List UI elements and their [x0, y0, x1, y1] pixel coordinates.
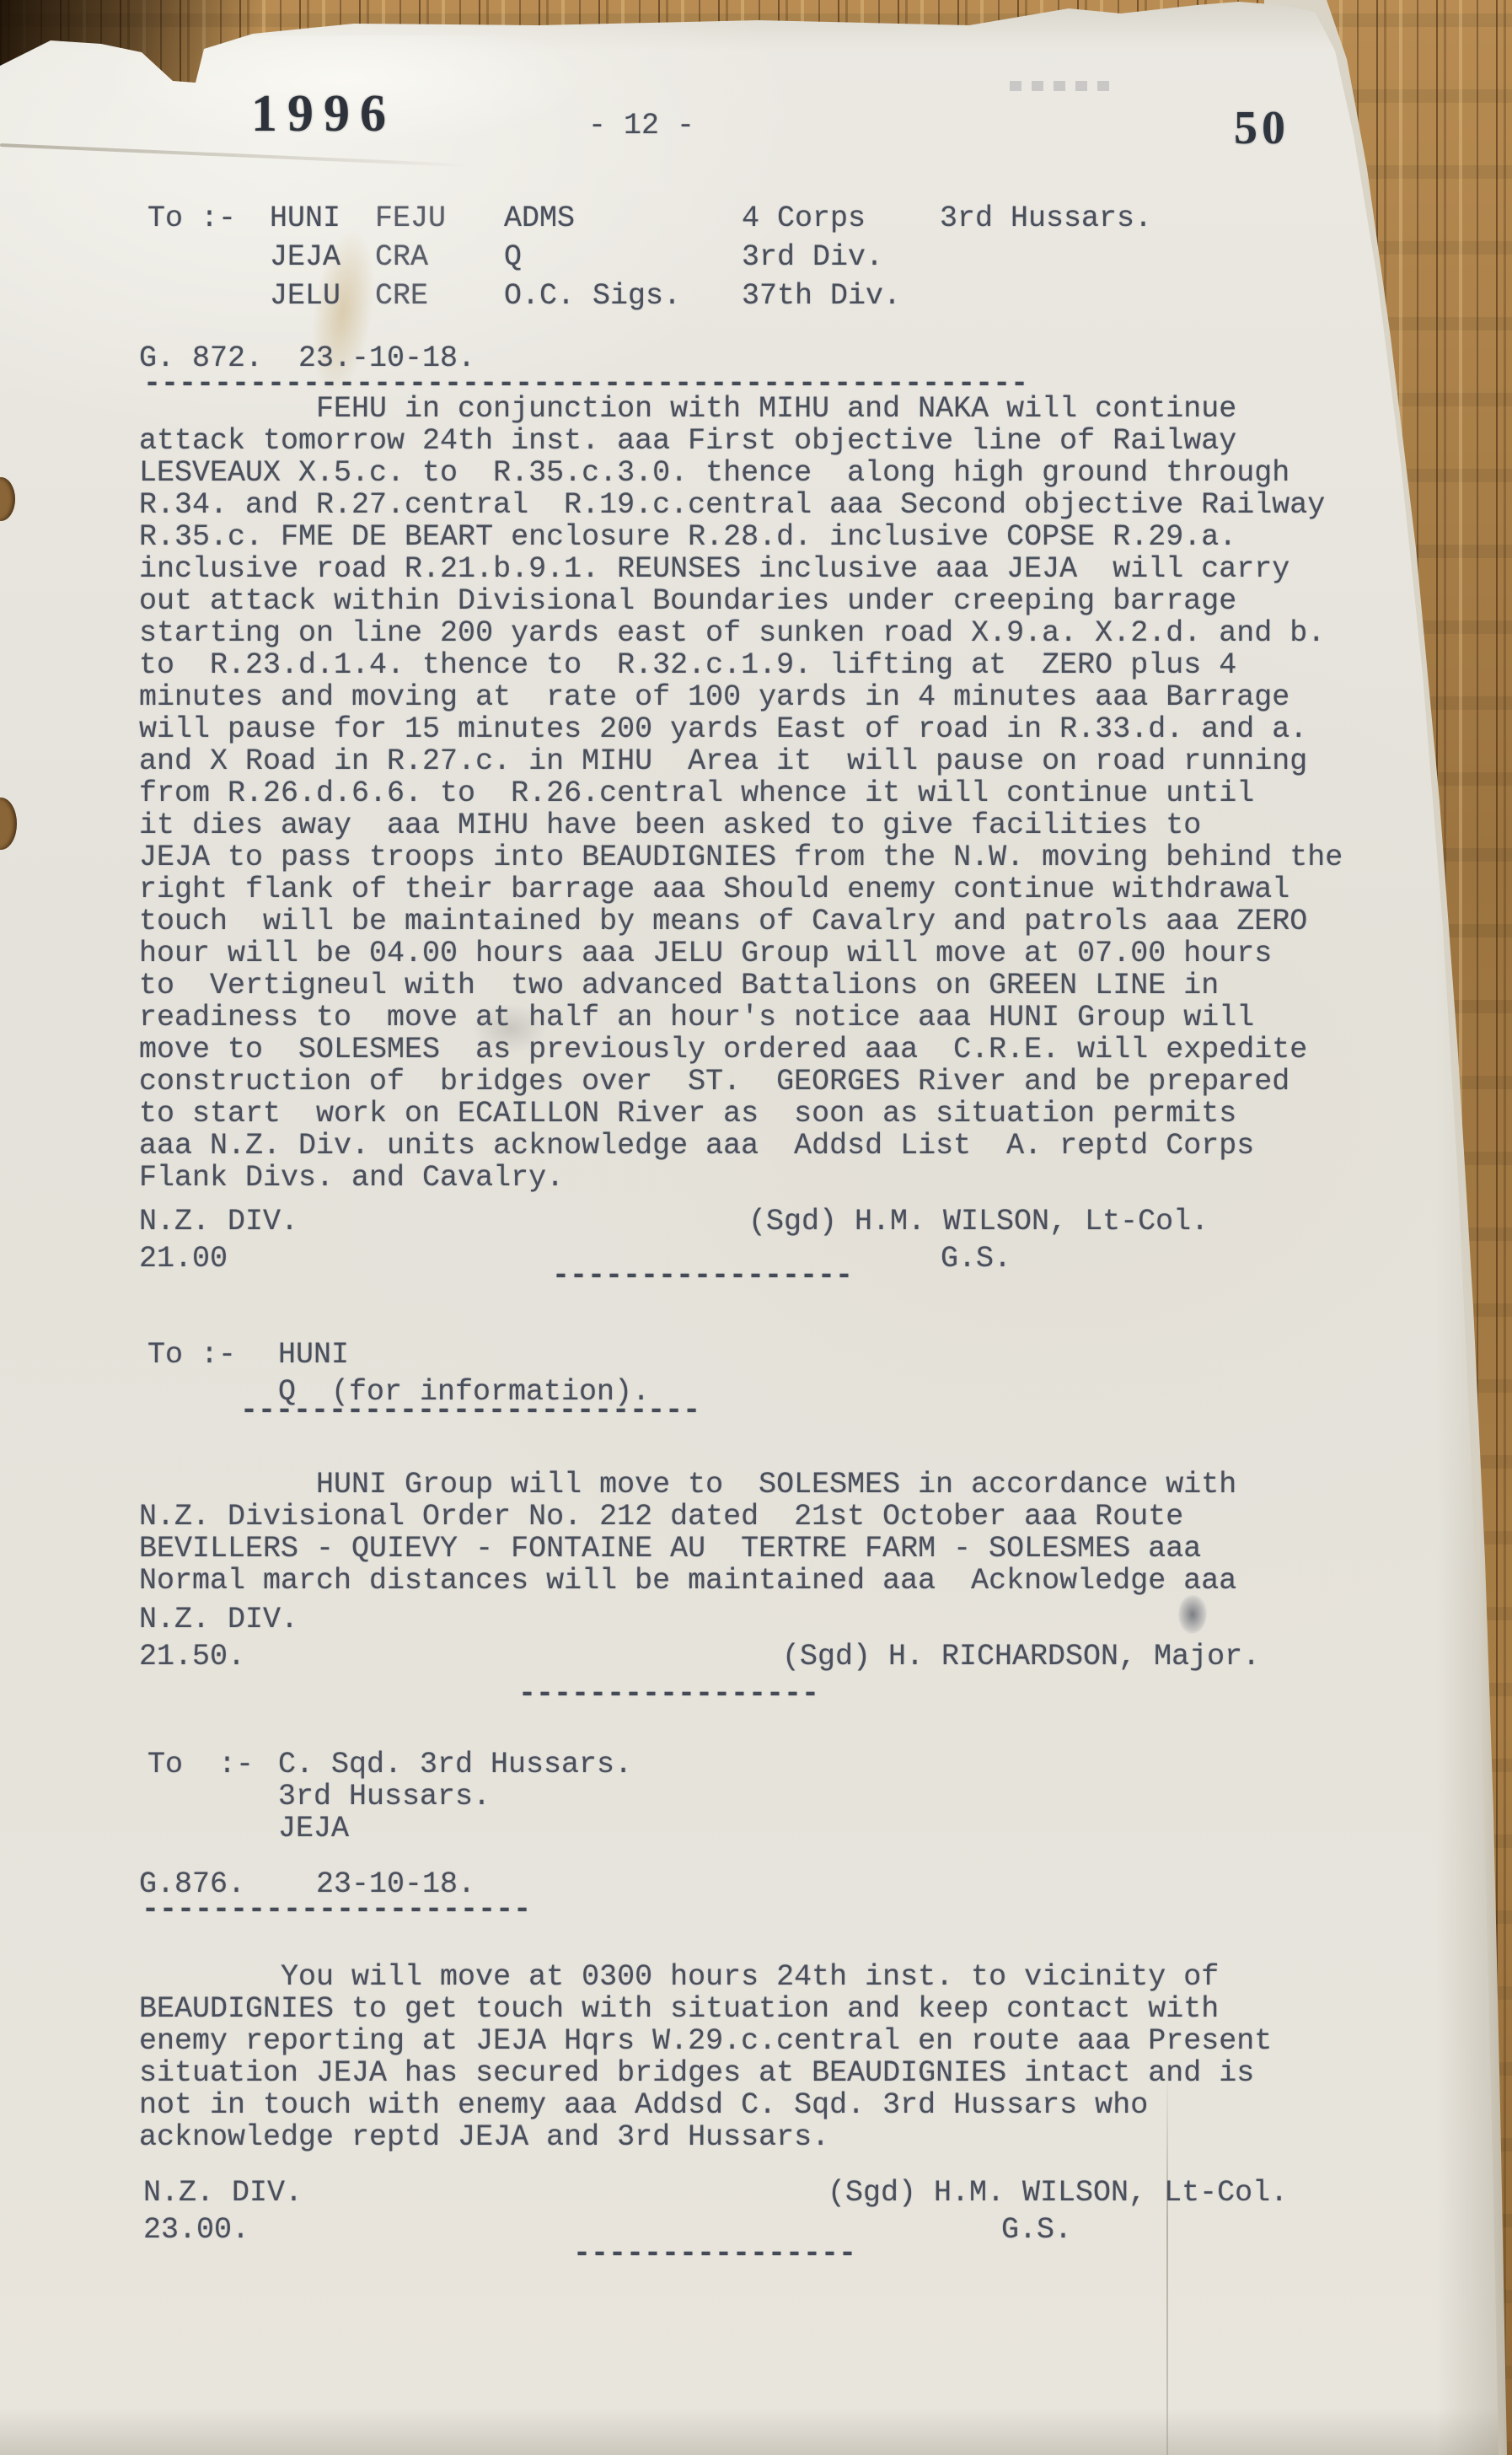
- addressee-cell: 3rd Hussars.: [940, 202, 1152, 234]
- punch-hole: [0, 798, 17, 850]
- origin-unit: N.Z. DIV.: [139, 1206, 298, 1238]
- serial-number-stamp: 1996: [251, 84, 396, 144]
- ink-smudge: [1178, 1595, 1207, 1634]
- addressee-cell: JELU: [270, 280, 340, 312]
- to-label: To :-: [147, 1339, 236, 1371]
- document-page: 1996 - 12 - 50 To :- HUNI FEJU ADMS 4 Co…: [0, 0, 1512, 2455]
- branch-initials: G.S.: [1001, 2214, 1072, 2246]
- folio-number-stamp: 50: [1234, 101, 1289, 155]
- dispatch-time: 21.00: [139, 1243, 228, 1275]
- origin-unit: N.Z. DIV.: [143, 2177, 303, 2209]
- order-body-text: HUNI Group will move to SOLESMES in acco…: [139, 1469, 1236, 1597]
- dispatch-time: 23.00.: [143, 2214, 249, 2246]
- branch-initials: G.S.: [941, 1243, 1011, 1275]
- page-number: - 12 -: [588, 110, 694, 142]
- order-body-text: FEHU in conjunction with MIHU and NAKA w…: [139, 393, 1343, 1194]
- fold-crease: [0, 143, 472, 167]
- to-label: To :-: [147, 202, 236, 234]
- addressee-cell: HUNI: [278, 1339, 349, 1371]
- photo-scene: 1996 - 12 - 50 To :- HUNI FEJU ADMS 4 Co…: [0, 0, 1512, 2455]
- addressee-cell: JEJA: [278, 1813, 349, 1845]
- signature-line: (Sgd) H.M. WILSON, Lt-Col.: [828, 2177, 1288, 2209]
- addressee-cell: CRE: [375, 280, 428, 312]
- section-separator: ----------------: [573, 2237, 856, 2270]
- section-separator: -----------------: [518, 1678, 819, 1710]
- addressee-cell: JEJA: [270, 241, 340, 273]
- punch-hole: [0, 477, 15, 521]
- order-body-text: You will move at 0300 hours 24th inst. t…: [139, 1961, 1272, 2153]
- addressee-cell: Q: [504, 241, 522, 273]
- to-label: To :-: [147, 1749, 254, 1781]
- ruled-line: ----------------------: [142, 1894, 531, 1926]
- addressee-cell: 4 Corps: [742, 202, 866, 234]
- addressee-cell: 37th Div.: [742, 280, 901, 312]
- addressee-cell: FEJU: [375, 202, 446, 234]
- signature-line: (Sgd) H. RICHARDSON, Major.: [782, 1641, 1260, 1673]
- origin-unit: N.Z. DIV.: [139, 1604, 298, 1636]
- addressee-cell: CRA: [375, 241, 428, 273]
- ruled-line: --------------------------: [240, 1394, 700, 1426]
- addressee-cell: C. Sqd. 3rd Hussars.: [278, 1749, 632, 1781]
- section-separator: -----------------: [552, 1260, 853, 1292]
- addressee-cell: HUNI: [270, 202, 340, 234]
- addressee-cell: O.C. Sigs.: [504, 280, 681, 312]
- addressee-cell: 3rd Div.: [742, 241, 883, 273]
- signature-line: (Sgd) H.M. WILSON, Lt-Col.: [748, 1206, 1209, 1238]
- pencil-marks: [1010, 81, 1119, 91]
- dispatch-time: 21.50.: [139, 1641, 245, 1673]
- addressee-cell: ADMS: [504, 202, 575, 234]
- addressee-cell: 3rd Hussars.: [278, 1781, 491, 1813]
